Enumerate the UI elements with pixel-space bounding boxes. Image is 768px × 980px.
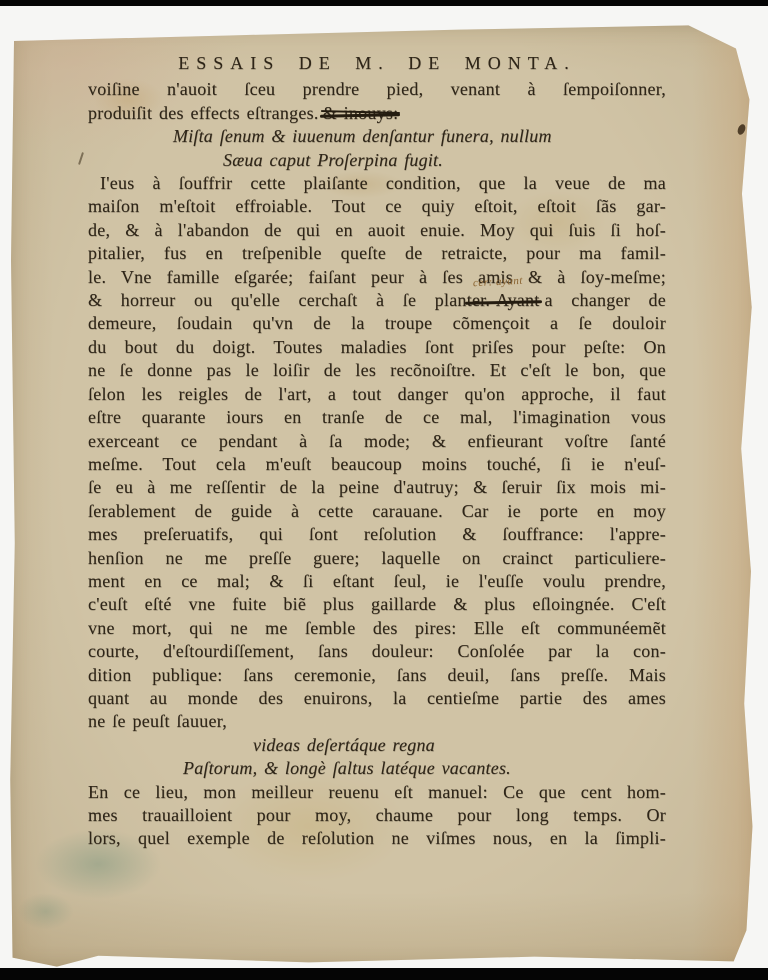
body-line: ne ſe donne pas le loiſir de les recõnoi… [88, 359, 666, 382]
body-line: ſerablement de guide à cette carauane. C… [88, 500, 666, 523]
book-page: ESSAIS DE M. DE MONTA. voiſine n'auoit ſ… [8, 24, 760, 968]
text-block: ESSAIS DE M. DE MONTA. voiſine n'auoit ſ… [88, 52, 666, 851]
body-line: courte, d'eſtourdiſſement, ſans douleur:… [88, 640, 666, 663]
struck-text-label: & inouys: [323, 103, 399, 123]
body-text: & horreur ou qu'elle cerchaſt à ſe plan [88, 290, 467, 310]
body-line: maiſon m'eſtoit effroiable. Tout ce quiy… [88, 195, 666, 218]
body-line: eſtre quarante iours en tranſe de ce mal… [88, 406, 666, 429]
body-line: ne ſe peuſt ſauuer, [88, 710, 666, 733]
body-line: demeure, ſoudain qu'vn de la troupe cõme… [88, 312, 666, 335]
body-line: de, & à l'abandon de qui en auoit enuie.… [88, 219, 666, 242]
body-line: voiſine n'auoit ſceu prendre pied, venan… [88, 78, 666, 101]
body-line: dition publique: ſans ceremonie, ſans de… [88, 664, 666, 687]
latin-verse-line: Paſtorum, & longè ſaltus latéque vacante… [88, 757, 666, 780]
body-line: henſion ne me preſſe guere; laquelle on … [88, 547, 666, 570]
body-line: quant au monde des enuirons, la centieſm… [88, 687, 666, 710]
body-text: produiſit des effects eſtranges. [88, 103, 319, 123]
body-line: ſelon les reigles de l'art, a tout dange… [88, 383, 666, 406]
margin-pen-mark [78, 152, 84, 165]
body-line: I'eus à ſouffrir cette plaiſante conditi… [88, 172, 666, 195]
latin-verse-line: Miſta ſenum & iuuenum denſantur funera, … [88, 125, 666, 148]
body-line: le. Vne famille eſgarée; faiſant peur à … [88, 266, 666, 289]
body-line: vne mort, qui ne me ſemble des pires: El… [88, 617, 666, 640]
body-line: c'euſt eſté vne fuite biẽ plus gaillarde… [88, 593, 666, 616]
body-line: exerceant ce pendant à ſa mode; & enfieu… [88, 430, 666, 453]
body-line-with-strikethrough: produiſit des effects eſtranges.& inouys… [88, 102, 666, 125]
body-line: En ce lieu, mon meilleur reuenu eſt manu… [88, 781, 666, 804]
running-header: ESSAIS DE M. DE MONTA. [88, 52, 666, 75]
body-line: lors, quel exemple de reſolution ne viſm… [88, 827, 666, 850]
body-text: a changer de [545, 290, 666, 310]
struck-text: cer: ayantter. Ayant [467, 289, 540, 312]
body-line: pitalier, fus en treſpenible queſte de r… [88, 242, 666, 265]
latin-verse-line: Sæua caput Proſerpina fugit. [88, 149, 666, 172]
struck-text-label: ter. Ayant [467, 290, 540, 310]
latin-verse-line: videas deſertáque regna [88, 734, 666, 757]
body-line: mes trauailloient pour moy, chaume pour … [88, 804, 666, 827]
ink-speck [736, 123, 747, 136]
body-line: ment en ce mal; & ſi eſtant ſeul, ie l'e… [88, 570, 666, 593]
body-line-annotated: & horreur ou qu'elle cerchaſt à ſe planc… [88, 289, 666, 312]
body-line: meſme. Tout cela m'euſt beaucoup moins t… [88, 453, 666, 476]
body-line: du bout du doigt. Toutes maladies ſont p… [88, 336, 666, 359]
body-line: ſe eu à me reſſentir de la peine d'autru… [88, 476, 666, 499]
body-line: mes preſeruatifs, qui ſont reſolution & … [88, 523, 666, 546]
struck-text: & inouys: [323, 102, 399, 125]
